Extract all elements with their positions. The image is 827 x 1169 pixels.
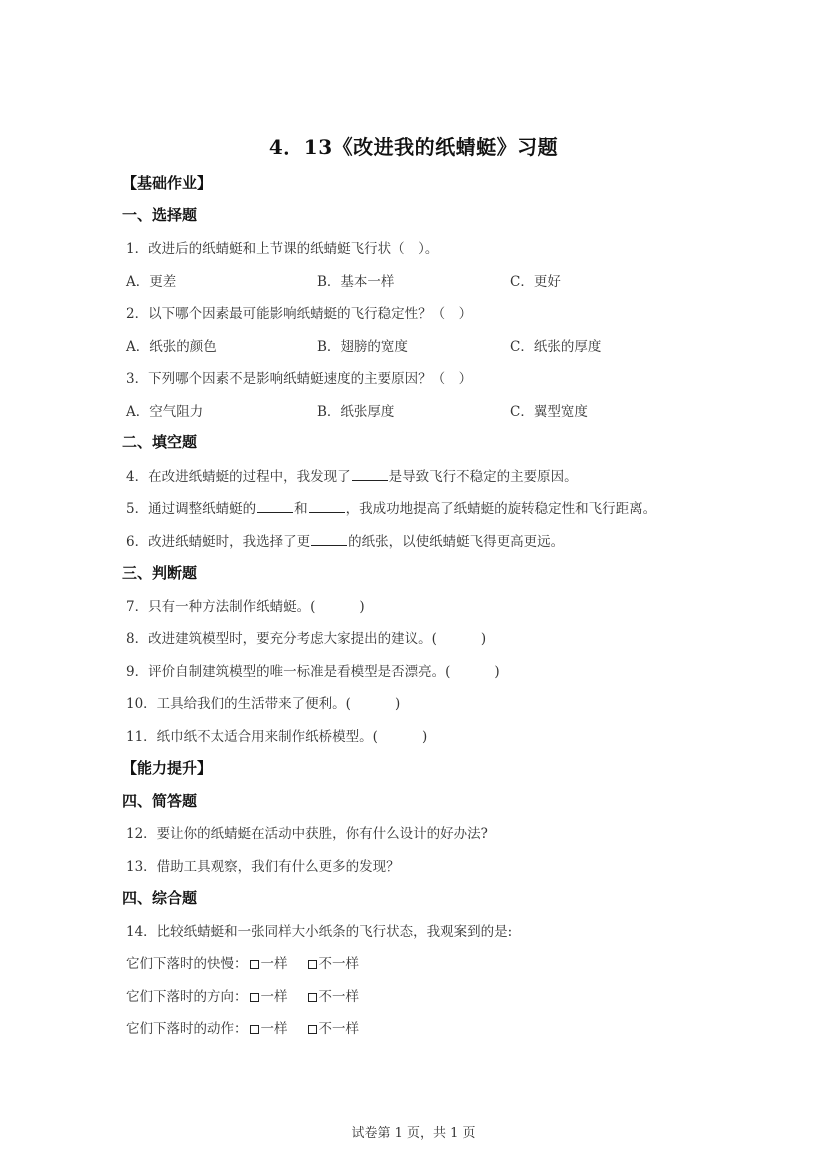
q10-text: 10．工具给我们的生活带来了便利。(: [126, 696, 351, 712]
question-6: 6．改进纸蜻蜓时，我选择了更的纸张，以使纸蜻蜓飞得更高更远。: [126, 530, 564, 550]
checkbox-different[interactable]: [308, 993, 317, 1002]
checkbox-label: 一样: [261, 956, 288, 972]
question-14: 14．比较纸蜻蜓和一张同样大小纸条的飞行状态，我观案到的是:: [126, 920, 512, 940]
q14-row-direction: 它们下落时的方向：一样不一样: [126, 985, 377, 1005]
q3-option-a: A．空气阻力: [126, 400, 203, 420]
question-2: 2．以下哪个因素最可能影响纸蜻蜓的飞行稳定性？（ ）: [126, 302, 472, 322]
checkbox-label: 不一样: [319, 989, 360, 1005]
q6-blank[interactable]: [311, 533, 347, 546]
checkbox-different[interactable]: [308, 960, 317, 969]
q10-close-paren: ): [395, 696, 400, 712]
q14-row-speed: 它们下落时的快慢：一样不一样: [126, 952, 377, 972]
question-3: 3．下列哪个因素不是影响纸蜻蜓速度的主要原因？（ ）: [126, 367, 472, 387]
page-footer: 试卷第 1 页，共 1 页: [0, 1122, 827, 1141]
question-1: 1．改进后的纸蜻蜓和上节课的纸蜻蜓飞行状（ ）。: [126, 237, 438, 257]
q14-row-motion: 它们下落时的动作：一样不一样: [126, 1017, 377, 1037]
q1-option-a: A．更差: [126, 270, 176, 290]
question-10: 10．工具给我们的生活带来了便利。(): [126, 692, 400, 712]
q2-option-a: A．纸张的颜色: [126, 335, 217, 355]
q1-option-b: B．基本一样: [317, 270, 394, 290]
checkbox-label: 不一样: [319, 956, 360, 972]
q6-text-1: 6．改进纸蜻蜓时，我选择了更: [126, 534, 310, 550]
part-advanced-heading: 【能力提升】: [122, 757, 212, 778]
q7-text: 7．只有一种方法制作纸蜻蜓。(: [126, 599, 315, 615]
checkbox-same[interactable]: [250, 960, 259, 969]
question-5: 5．通过调整纸蜻蜓的和，我成功地提高了纸蜻蜓的旋转稳定性和飞行距离。: [126, 497, 656, 517]
question-13: 13．借助工具观察，我们有什么更多的发现？: [126, 855, 400, 875]
question-9: 9．评价自制建筑模型的唯一标准是看模型是否漂亮。(): [126, 660, 500, 680]
q2-option-b: B．翅膀的宽度: [317, 335, 408, 355]
q5-blank-2[interactable]: [309, 500, 345, 513]
q2-option-c: C．纸张的厚度: [510, 335, 601, 355]
q4-text-1: 4．在改进纸蜻蜓的过程中，我发现了: [126, 469, 351, 485]
checkbox-same[interactable]: [250, 1025, 259, 1034]
q6-text-2: 的纸张，以使纸蜻蜓飞得更高更远。: [348, 534, 564, 550]
q3-option-c: C．翼型宽度: [510, 400, 588, 420]
q1-option-c: C．更好: [510, 270, 561, 290]
question-4: 4．在改进纸蜻蜓的过程中，我发现了是导致飞行不稳定的主要原因。: [126, 465, 578, 485]
checkbox-label: 一样: [261, 1021, 288, 1037]
q7-close-paren: ): [359, 599, 364, 615]
q11-close-paren: ): [422, 729, 427, 745]
question-11: 11．纸巾纸不太适合用来制作纸桥模型。(): [126, 725, 427, 745]
q8-close-paren: ): [481, 631, 486, 647]
checkbox-different[interactable]: [308, 1025, 317, 1034]
q14-row-label: 它们下落时的方向：: [126, 989, 248, 1005]
checkbox-label: 不一样: [319, 1021, 360, 1037]
question-12: 12．要让你的纸蜻蜓在活动中获胜，你有什么设计的好办法?: [126, 822, 488, 842]
q9-close-paren: ): [494, 664, 499, 680]
q5-text-1: 5．通过调整纸蜻蜓的: [126, 501, 256, 517]
q11-text: 11．纸巾纸不太适合用来制作纸桥模型。(: [126, 729, 378, 745]
q14-row-label: 它们下落时的动作：: [126, 1021, 248, 1037]
checkbox-label: 一样: [261, 989, 288, 1005]
exam-page: 4．13《改进我的纸蜻蜓》习题 【基础作业】 一、选择题 1．改进后的纸蜻蜓和上…: [0, 0, 827, 1169]
checkbox-same[interactable]: [250, 993, 259, 1002]
part-basic-heading: 【基础作业】: [122, 172, 212, 193]
q5-text-2: 和: [294, 501, 308, 517]
q9-text: 9．评价自制建筑模型的唯一标准是看模型是否漂亮。(: [126, 664, 450, 680]
question-7: 7．只有一种方法制作纸蜻蜓。(): [126, 595, 365, 615]
section-judge-heading: 三、判断题: [122, 562, 197, 583]
q4-text-2: 是导致飞行不稳定的主要原因。: [389, 469, 578, 485]
page-title: 4．13《改进我的纸蜻蜓》习题: [0, 131, 827, 160]
section-choice-heading: 一、选择题: [122, 204, 197, 225]
q5-text-3: ，我成功地提高了纸蜻蜓的旋转稳定性和飞行距离。: [346, 501, 657, 517]
section-short-heading: 四、简答题: [122, 790, 197, 811]
q4-blank[interactable]: [352, 468, 388, 481]
q5-blank-1[interactable]: [257, 500, 293, 513]
q14-row-label: 它们下落时的快慢：: [126, 956, 248, 972]
question-8: 8．改进建筑模型时，要充分考虑大家提出的建议。(): [126, 627, 486, 647]
q3-option-b: B．纸张厚度: [317, 400, 394, 420]
section-comprehensive-heading: 四、综合题: [122, 887, 197, 908]
section-fill-heading: 二、填空题: [122, 431, 197, 452]
q8-text: 8．改进建筑模型时，要充分考虑大家提出的建议。(: [126, 631, 437, 647]
